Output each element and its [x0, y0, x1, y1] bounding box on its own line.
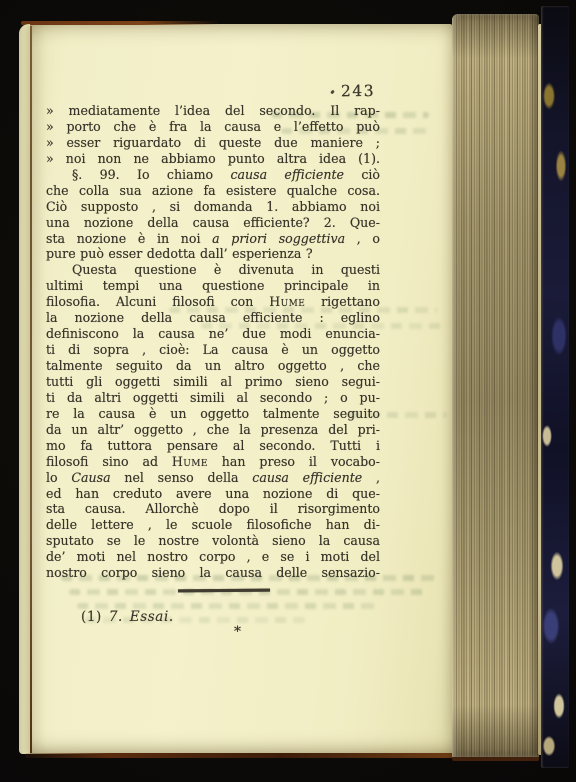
ink-speck: [330, 90, 335, 95]
text-line: sta causa. Allorchè dopo il risorgimento: [46, 501, 380, 517]
text-line: ed han creduto avere una nozione di que-: [46, 486, 380, 502]
text-line: filosofi sino ad Hume han preso il vocab…: [46, 454, 380, 470]
book-page: 243 » mediatamente l’idea del secondo. I…: [19, 24, 452, 754]
text-line: sta nozione è in noi a priori soggettiva…: [46, 231, 380, 247]
text-line: » mediatamente l’idea del secondo. Il ra…: [46, 103, 380, 119]
text-line: talmente seguito da un altro oggetto , c…: [46, 358, 380, 374]
text-line: de’ moti nel nostro corpo , e se i moti …: [46, 549, 380, 565]
text-line: da un altr’ oggetto , che la presenza de…: [46, 422, 380, 438]
text-line: delle lettere , le scuole filosofiche ha…: [46, 517, 380, 533]
text-line: mo fa tuttora pensare al secondo. Tutti …: [46, 438, 380, 454]
text-line: nostro corpo sieno la causa delle sensaz…: [46, 565, 380, 581]
text-line: lo Causa nel senso della causa efficient…: [46, 470, 380, 486]
page-edge-strip: [19, 24, 30, 754]
text-line: definiscono la causa ne’ due modi enunci…: [46, 326, 380, 342]
text-line: che colla sua azione fa esistere qualche…: [46, 183, 380, 199]
book-fore-edge: [452, 14, 539, 761]
text-line: Questa questione è divenuta in questi: [46, 262, 380, 278]
photo-background: 243 » mediatamente l’idea del secondo. I…: [0, 0, 576, 782]
text-line: re la causa è un oggetto talmente seguit…: [46, 406, 380, 422]
text-line: » noi non ne abbiamo punto altra idea (1…: [46, 151, 380, 167]
text-line: una nozione della causa efficiente? 2. Q…: [46, 215, 380, 231]
text-line: Ciò supposto , si domanda 1. abbiamo noi: [46, 199, 380, 215]
text-line: sputato se le nostre volontà sieno la ca…: [46, 533, 380, 549]
text-line: filosofia. Alcuni filosofi con Hume rige…: [46, 294, 380, 310]
text-line: la nozione della causa efficiente : egli…: [46, 310, 380, 326]
text-line: tutti gli oggetti simili al primo sieno …: [46, 374, 380, 390]
text-block: » mediatamente l’idea del secondo. Il ra…: [46, 103, 380, 581]
page-gutter-crease: [30, 26, 32, 753]
text-line: » esser riguardato di queste due maniere…: [46, 135, 380, 151]
text-line: ti da altri oggetti simili al secondo ; …: [46, 390, 380, 406]
signature-star: *: [234, 624, 241, 640]
marbled-cover-edge: [541, 6, 569, 768]
text-line: §. 99. Io chiamo causa efficiente ciò: [46, 167, 380, 183]
text-line: pure può esser dedotta dall’ esperienza …: [46, 246, 380, 262]
page-number: 243: [341, 82, 401, 101]
text-line: ultimi tempi una questione principale in: [46, 278, 380, 294]
footnote: (1) 7. Essai.: [81, 609, 174, 625]
text-line: » porto che è fra la causa e l’effetto p…: [46, 119, 380, 135]
text-line: ti di sopra , cioè: La causa è un oggett…: [46, 342, 380, 358]
